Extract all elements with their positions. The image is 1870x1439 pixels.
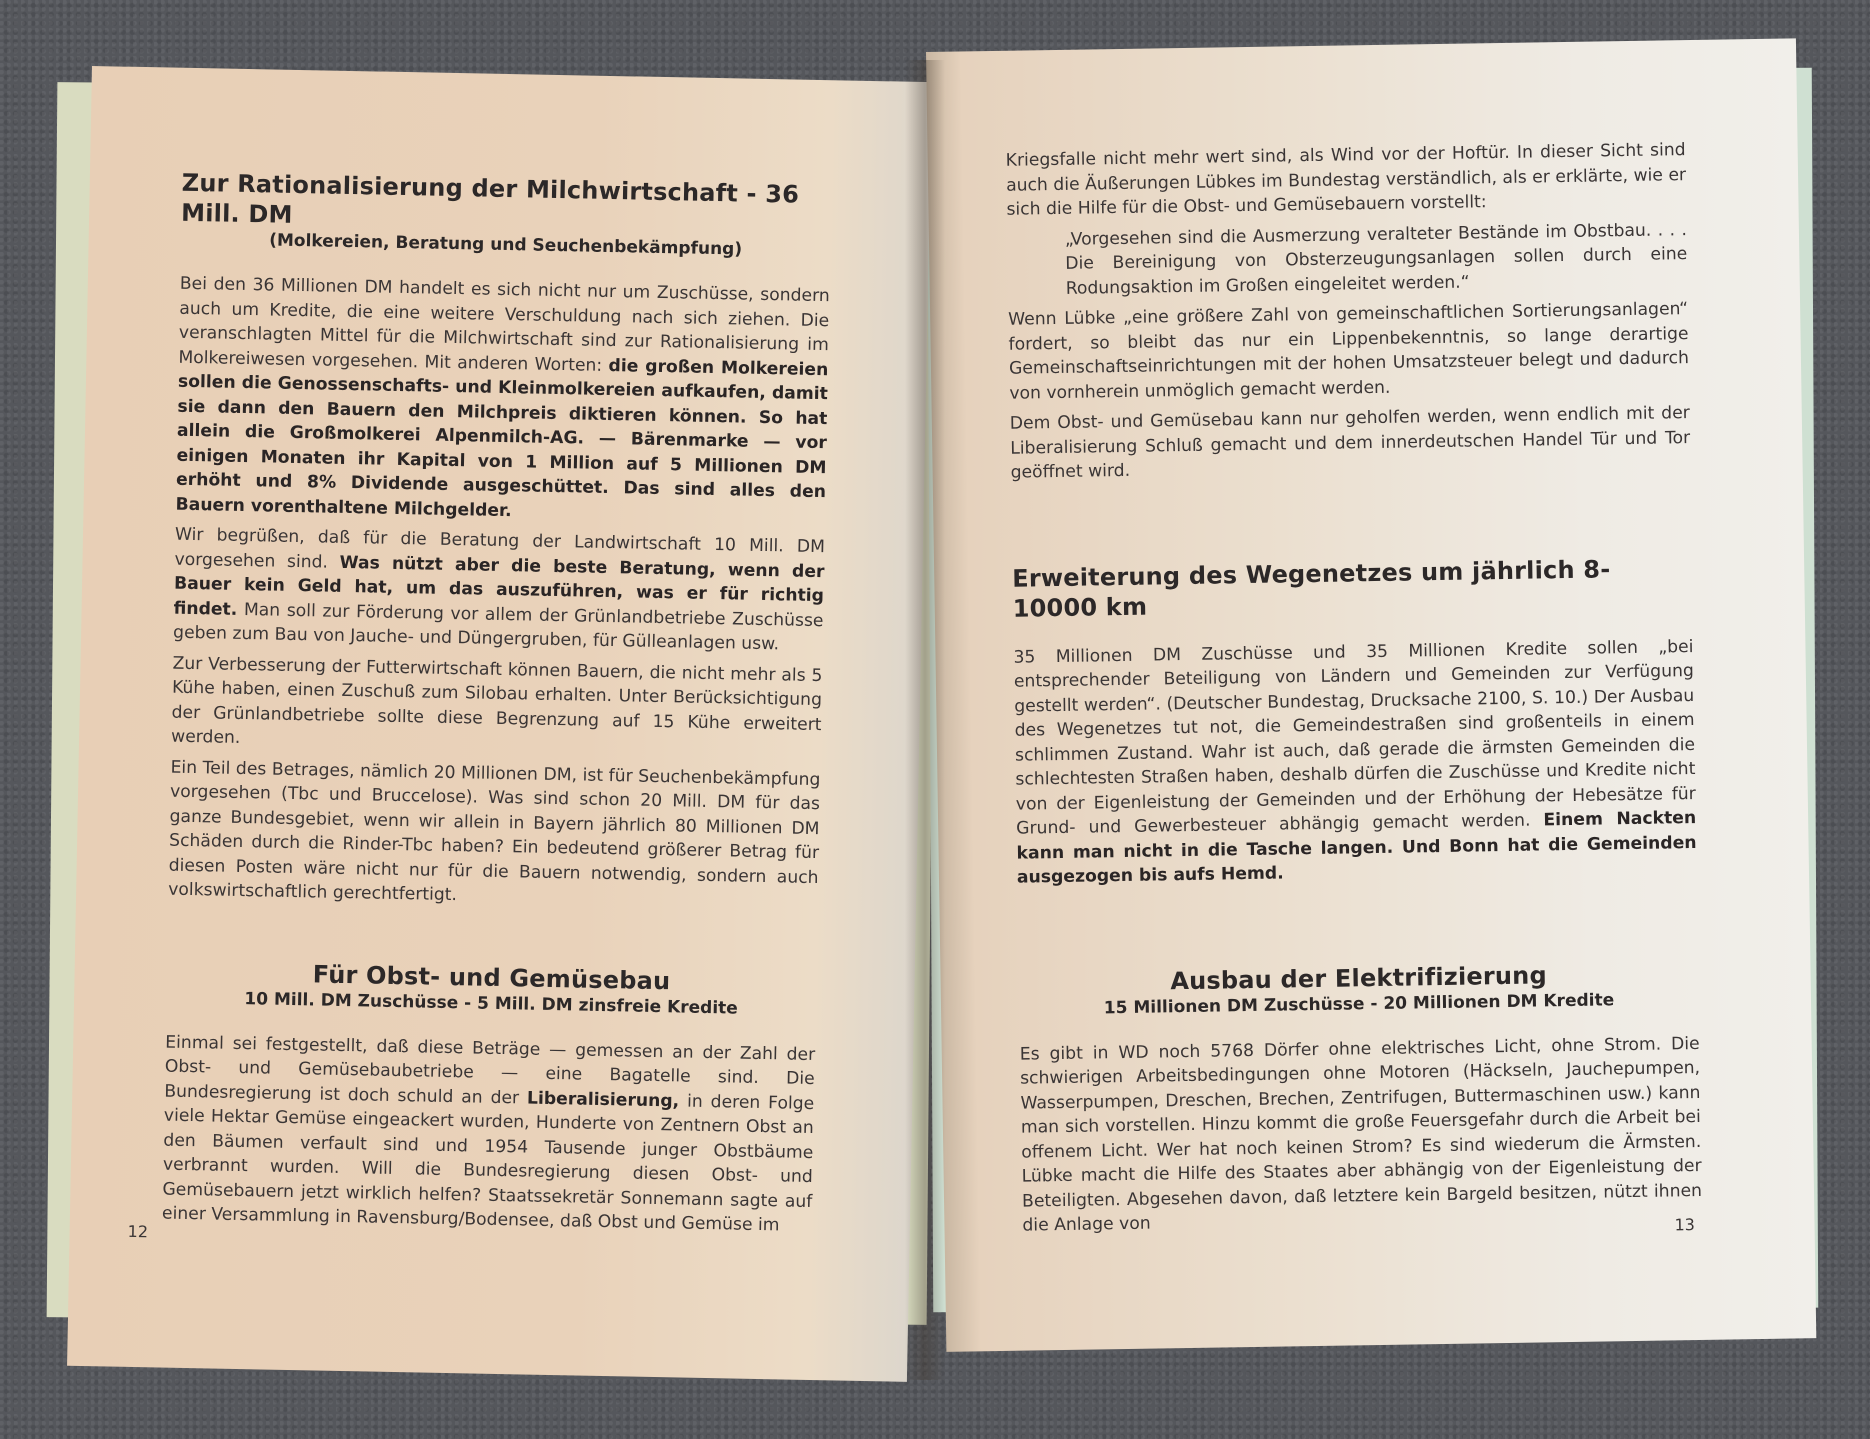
page-number: 12 — [127, 1222, 148, 1241]
page-number: 13 — [1674, 1215, 1695, 1234]
right-page-content: Kriegsfalle nicht mehr wert sind, als Wi… — [1006, 138, 1703, 1244]
book-spine-shadow — [905, 60, 945, 1380]
paragraph: Dem Obst- und Gemüsebau kann nur geholfe… — [1010, 401, 1691, 485]
paragraph: Bei den 36 Millionen DM handelt es sich … — [175, 272, 830, 529]
block-quote: „Vorgesehen sind die Ausmerzung veraltet… — [1065, 218, 1688, 301]
paragraph: Wir begrüßen, daß für die Beratung der L… — [173, 523, 825, 658]
section-heading-wegenetz: Erweiterung des Wegenetzes um jährlich 8… — [1012, 553, 1693, 624]
left-page-content: Zur Rationalisierung der Milchwirtschaft… — [162, 168, 832, 1245]
paragraph: Einmal sei festgestellt, daß diese Beträ… — [162, 1030, 816, 1238]
paragraph: Wenn Lübke „eine größere Zahl von gemein… — [1008, 297, 1689, 406]
paragraph: 35 Millionen DM Zuschüsse und 35 Million… — [1013, 635, 1697, 891]
paragraph: Zur Verbesserung der Futterwirtschaft kö… — [171, 651, 823, 761]
paragraph: Kriegsfalle nicht mehr wert sind, als Wi… — [1006, 138, 1687, 222]
right-page: Kriegsfalle nicht mehr wert sind, als Wi… — [926, 38, 1816, 1352]
paragraph: Ein Teil des Betrages, nämlich 20 Millio… — [168, 755, 821, 914]
emphasis-text: Liberalisierung, — [527, 1088, 680, 1111]
left-page: Zur Rationalisierung der Milchwirtschaft… — [67, 66, 932, 1382]
paragraph: Es gibt in WD noch 5768 Dörfer ohne elek… — [1020, 1031, 1703, 1238]
emphasis-text: die großen Molkereien sollen die Genosse… — [175, 355, 828, 520]
